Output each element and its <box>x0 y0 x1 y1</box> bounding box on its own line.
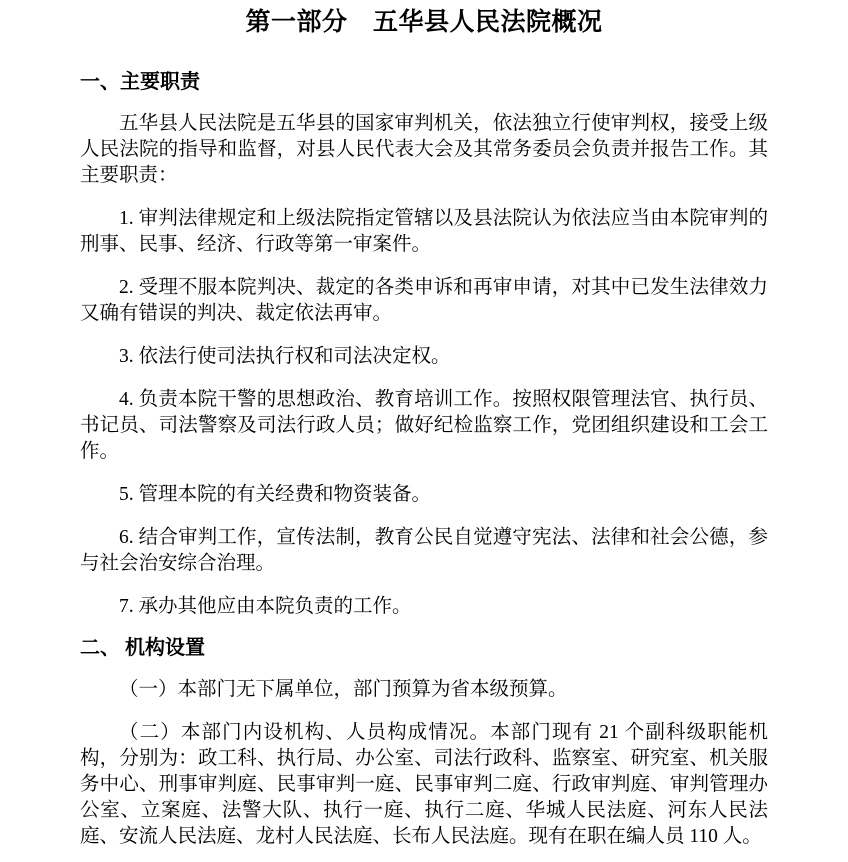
document-title: 第一部分 五华县人民法院概况 <box>80 6 768 40</box>
paragraph-duty-6: 6. 结合审判工作，宣传法制，教育公民自觉遵守宪法、法律和社会公德，参与社会治安… <box>80 525 768 577</box>
paragraph-org-2: （二）本部门内设机构、人员构成情况。本部门现有 21 个副科级职能机构，分别为：… <box>80 720 768 850</box>
document-page: 第一部分 五华县人民法院概况 一、主要职责 五华县人民法院是五华县的国家审判机关… <box>0 0 848 862</box>
paragraph-duty-7: 7. 承办其他应由本院负责的工作。 <box>80 594 768 620</box>
paragraph-intro: 五华县人民法院是五华县的国家审判机关，依法独立行使审判权，接受上级人民法院的指导… <box>80 111 768 189</box>
paragraph-duty-4: 4. 负责本院干警的思想政治、教育培训工作。按照权限管理法官、执行员、书记员、司… <box>80 387 768 465</box>
paragraph-duty-3: 3. 依法行使司法执行权和司法决定权。 <box>80 344 768 370</box>
paragraph-duty-5: 5. 管理本院的有关经费和物资装备。 <box>80 482 768 508</box>
paragraph-duty-2: 2. 受理不服本院判决、裁定的各类申诉和再审申请，对其中已发生法律效力又确有错误… <box>80 275 768 327</box>
paragraph-duty-1: 1. 审判法律规定和上级法院指定管辖以及县法院认为依法应当由本院审判的刑事、民事… <box>80 206 768 258</box>
section-heading-organization: 二、 机构设置 <box>80 634 768 662</box>
paragraph-org-1: （一）本部门无下属单位，部门预算为省本级预算。 <box>80 677 768 703</box>
section-heading-main-duties: 一、主要职责 <box>80 68 768 96</box>
